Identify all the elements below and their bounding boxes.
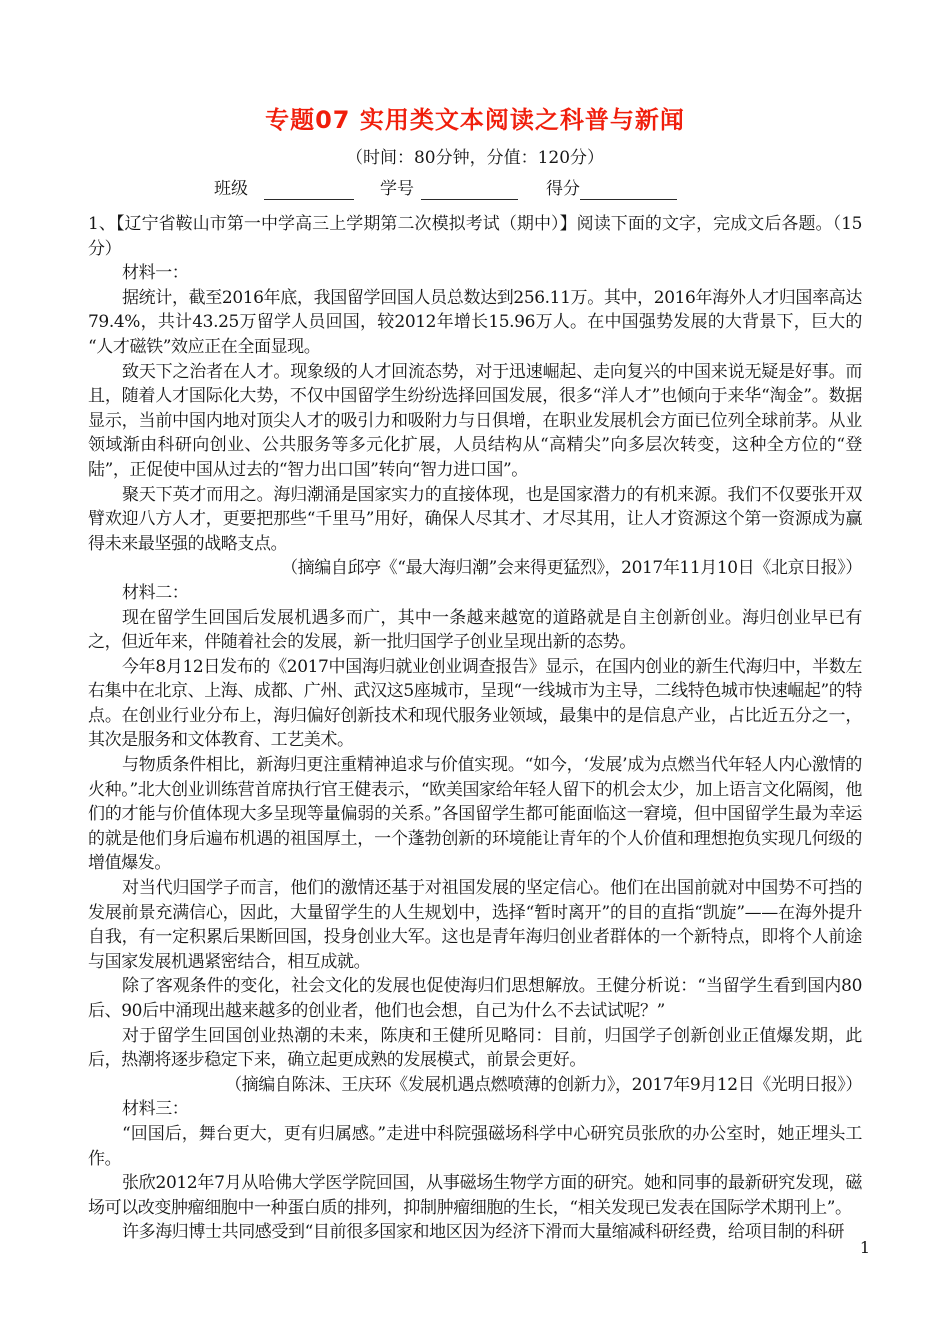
- passage-body: 1、【辽宁省鞍山市第一中学高三上学期第二次模拟考试（期中）】阅读下面的文字，完成…: [88, 212, 862, 1245]
- material-1-paragraph: 致天下之治者在人才。现象级的人才回流态势，对于迅速崛起、走向复兴的中国来说无疑是…: [88, 360, 862, 483]
- material-2-paragraph: 今年8月12日发布的《2017中国海归就业创业调查报告》显示，在国内创业的新生代…: [88, 655, 862, 753]
- material-3-heading: 材料三：: [88, 1097, 862, 1122]
- document-page: 专题07 实用类文本阅读之科普与新闻 （时间：80分钟，分值：120分） 班级 …: [0, 0, 950, 1344]
- material-2-paragraph: 现在留学生回国后发展机遇多而广，其中一条越来越宽的道路就是自主创新创业。海归创业…: [88, 606, 862, 655]
- material-2-paragraph: 与物质条件相比，新海归更注重精神追求与价值实现。“如今，‘发展’成为点燃当代年轻…: [88, 753, 862, 876]
- material-1-paragraph: 聚天下英才而用之。海归潮涌是国家实力的直接体现，也是国家潜力的有机来源。我们不仅…: [88, 483, 862, 557]
- score-label: 得分: [546, 178, 580, 200]
- class-label: 班级: [214, 178, 248, 200]
- material-1-attribution: （摘编自邱亭《“最大海归潮”会来得更猛烈》，2017年11月10日《北京日报》）: [88, 556, 862, 581]
- student-id-label: 学号: [380, 178, 414, 200]
- question-intro: 1、【辽宁省鞍山市第一中学高三上学期第二次模拟考试（期中）】阅读下面的文字，完成…: [88, 212, 862, 261]
- material-2-paragraph: 对当代归国学子而言，他们的激情还基于对祖国发展的坚定信心。他们在出国前就对中国势…: [88, 876, 862, 974]
- material-2-attribution: （摘编自陈沫、王庆环《发展机遇点燃喷薄的创新力》，2017年9月12日《光明日报…: [88, 1073, 862, 1098]
- material-2-paragraph: 除了客观条件的变化，社会文化的发展也促使海归们思想解放。王健分析说：“当留学生看…: [88, 974, 862, 1023]
- student-info-row: 班级 学号 得分: [214, 178, 950, 200]
- page-number: 1: [860, 1238, 870, 1257]
- class-blank-field: [264, 182, 354, 200]
- material-3-paragraph: 张欣2012年7月从哈佛大学医学院回国，从事磁场生物学方面的研究。她和同事的最新…: [88, 1171, 862, 1220]
- exam-time-score-line: （时间：80分钟，分值：120分）: [0, 147, 950, 169]
- page-title: 专题07 实用类文本阅读之科普与新闻: [0, 0, 950, 136]
- material-3-paragraph: “回国后，舞台更大，更有归属感。”走进中科院强磁场科学中心研究员张欣的办公室时，…: [88, 1122, 862, 1171]
- student-id-blank-field: [421, 182, 518, 200]
- material-1-paragraph: 据统计，截至2016年底，我国留学回国人员总数达到256.11万。其中，2016…: [88, 286, 862, 360]
- material-3-paragraph: 许多海归博士共同感受到“目前很多国家和地区因为经济下滑而大量缩减科研经费，给项目…: [88, 1220, 862, 1245]
- score-blank-field: [580, 182, 677, 200]
- material-2-paragraph: 对于留学生回国创业热潮的未来，陈庚和王健所见略同：目前，归国学子创新创业正值爆发…: [88, 1024, 862, 1073]
- material-2-heading: 材料二：: [88, 581, 862, 606]
- material-1-heading: 材料一：: [88, 261, 862, 286]
